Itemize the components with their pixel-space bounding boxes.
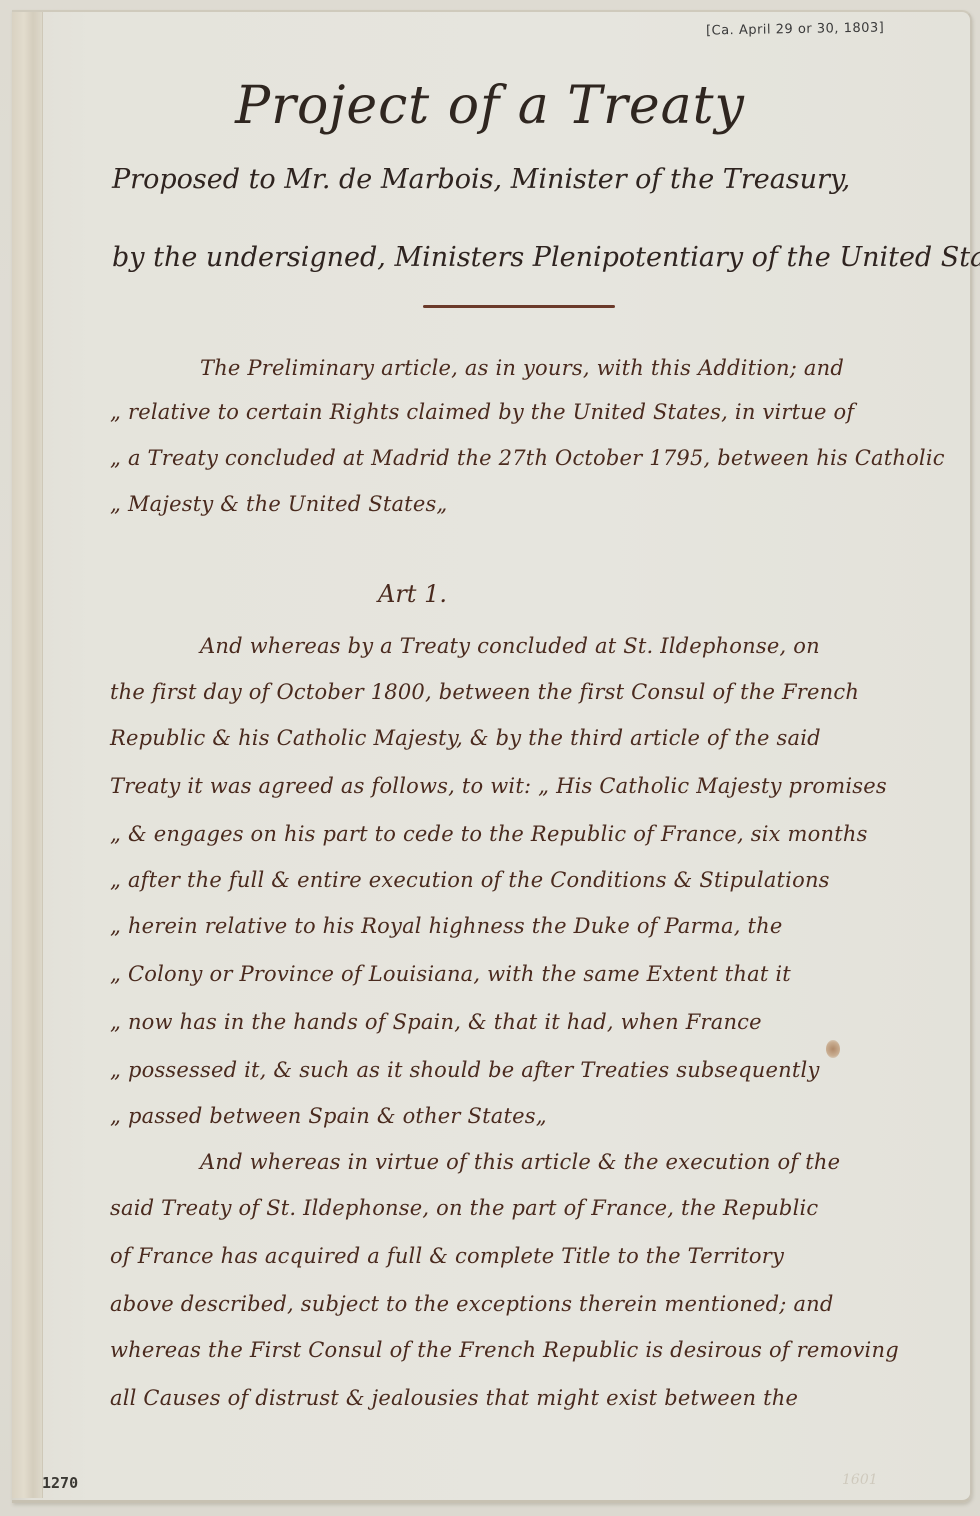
article-1-line: said Treaty of St. Ildephonse, on the pa…	[110, 1196, 950, 1220]
preliminary-line: „ Majesty & the United States„	[110, 492, 950, 516]
article-1-line: Treaty it was agreed as follows, to wit:…	[110, 774, 950, 798]
article-1-line: „ possessed it, & such as it should be a…	[110, 1058, 950, 1082]
article-1-line: And whereas by a Treaty concluded at St.…	[200, 634, 980, 658]
article-1-line: all Causes of distrust & jealousies that…	[110, 1386, 950, 1410]
title-underline-divider	[423, 305, 615, 308]
article-1-line: above described, subject to the exceptio…	[110, 1292, 950, 1316]
faint-pencil-mark: 1601	[842, 1472, 878, 1488]
manuscript-page	[12, 10, 972, 1503]
article-1-line: And whereas in virtue of this article & …	[200, 1150, 980, 1174]
article-1-heading: Art 1.	[378, 580, 447, 608]
article-1-line: the first day of October 1800, between t…	[110, 680, 950, 704]
article-1-line: „ & engages on his part to cede to the R…	[110, 822, 950, 846]
article-1-line: „ Colony or Province of Louisiana, with …	[110, 962, 950, 986]
ink-stain	[826, 1040, 840, 1058]
preliminary-line: The Preliminary article, as in yours, wi…	[200, 356, 980, 380]
article-1-line: „ passed between Spain & other States„	[110, 1104, 950, 1128]
document-title: Project of a Treaty	[0, 76, 980, 136]
subtitle-line-1: Proposed to Mr. de Marbois, Minister of …	[112, 164, 952, 195]
preliminary-line: „ a Treaty concluded at Madrid the 27th …	[110, 446, 950, 470]
subtitle-line-2: by the undersigned, Ministers Plenipoten…	[112, 242, 952, 273]
article-1-line: whereas the First Consul of the French R…	[110, 1338, 950, 1362]
article-1-line: of France has acquired a full & complete…	[110, 1244, 950, 1268]
article-1-line: Republic & his Catholic Majesty, & by th…	[110, 726, 950, 750]
preliminary-line: „ relative to certain Rights claimed by …	[110, 400, 950, 424]
archival-date-note: [Ca. April 29 or 30, 1803]	[706, 20, 885, 38]
article-1-line: „ herein relative to his Royal highness …	[110, 914, 950, 938]
page-binding-edge	[12, 12, 43, 1498]
article-1-line: „ now has in the hands of Spain, & that …	[110, 1010, 950, 1034]
article-1-line: „ after the full & entire execution of t…	[110, 868, 950, 892]
folio-number: 1270	[42, 1474, 78, 1492]
